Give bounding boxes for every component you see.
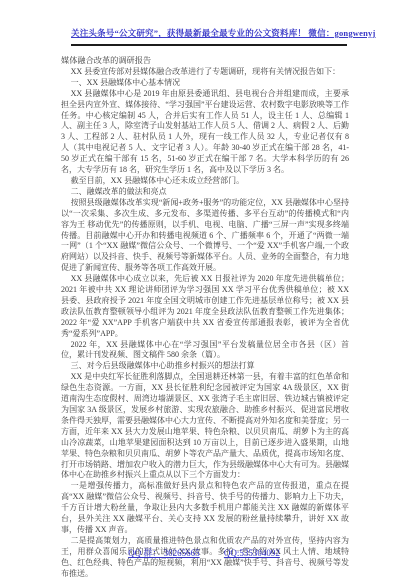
contact-footer: QQ 群： 30265665 QQ:535304092 xyxy=(0,546,408,559)
document-page: 关注头条号“公文研究”，获得最新最全最专业的公文资料库！ 微信：gongweny… xyxy=(0,0,408,580)
document-body: 媒体融合改革的调研报告 XX 县委宣传部对县媒体融合改革进行了专题调研，现将有关… xyxy=(61,56,349,580)
paragraph-honors: XX 县融媒体中心成立以来，先后被 XX 日报社评为 2020 年度先进供稿单位… xyxy=(61,274,349,339)
paragraph-reform-practice: 按照县级融媒体改革实现“新闻+政务+服务”的功能定位，XX 县融媒体中心坚持以“… xyxy=(61,198,349,274)
paragraph-intro: XX 县委宣传部对县媒体融合改革进行了专题调研，现将有关情况报告如下： xyxy=(61,67,349,78)
document-title: 媒体融合改革的调研报告 xyxy=(61,56,349,67)
paragraph-2022-output: 2022 年，XX 县融媒体中心在“学习强国”平台发稿量位居全市各县（区）首位，… xyxy=(61,340,349,362)
paragraph-no-business-dept: 截至目前，XX 县融媒体中心还未成立经营部门。 xyxy=(61,176,349,187)
section-heading-2: 二、融媒改革的做法和亮点 xyxy=(61,187,349,198)
section-heading-3: 三、对今后县级融媒体中心助推乡村振兴的想法打算 xyxy=(61,361,349,372)
promo-header: 关注头条号“公文研究”，获得最新最全最专业的公文资料库！ 微信：gongweny… xyxy=(71,23,347,46)
paragraph-measure-1: 一是增强传播力，高标准做好县内景点和特色农产品的宣传报道，重点在提高“XX 融媒… xyxy=(61,481,349,536)
qq-personal-number: QQ:535304092 xyxy=(224,548,280,558)
qq-group-number: QQ 群： 30265665 xyxy=(128,548,200,558)
paragraph-rural-revitalization: XX 是中央红军长征胜利落脚点，全国退耕还林第一县，有着丰富的红色革命和绿色生态… xyxy=(61,372,349,481)
promo-header-text: 关注头条号“公文研究”，获得最新最全最专业的公文资料库！ 微信：gongweny… xyxy=(71,28,376,38)
paragraph-basic-overview: XX 县融媒体中心是 2019 年由原县委通讯组、县电视台合并组建而成，主要承担… xyxy=(61,89,349,176)
section-heading-1: 一、XX 县融媒体中心基本情况 xyxy=(61,78,349,89)
